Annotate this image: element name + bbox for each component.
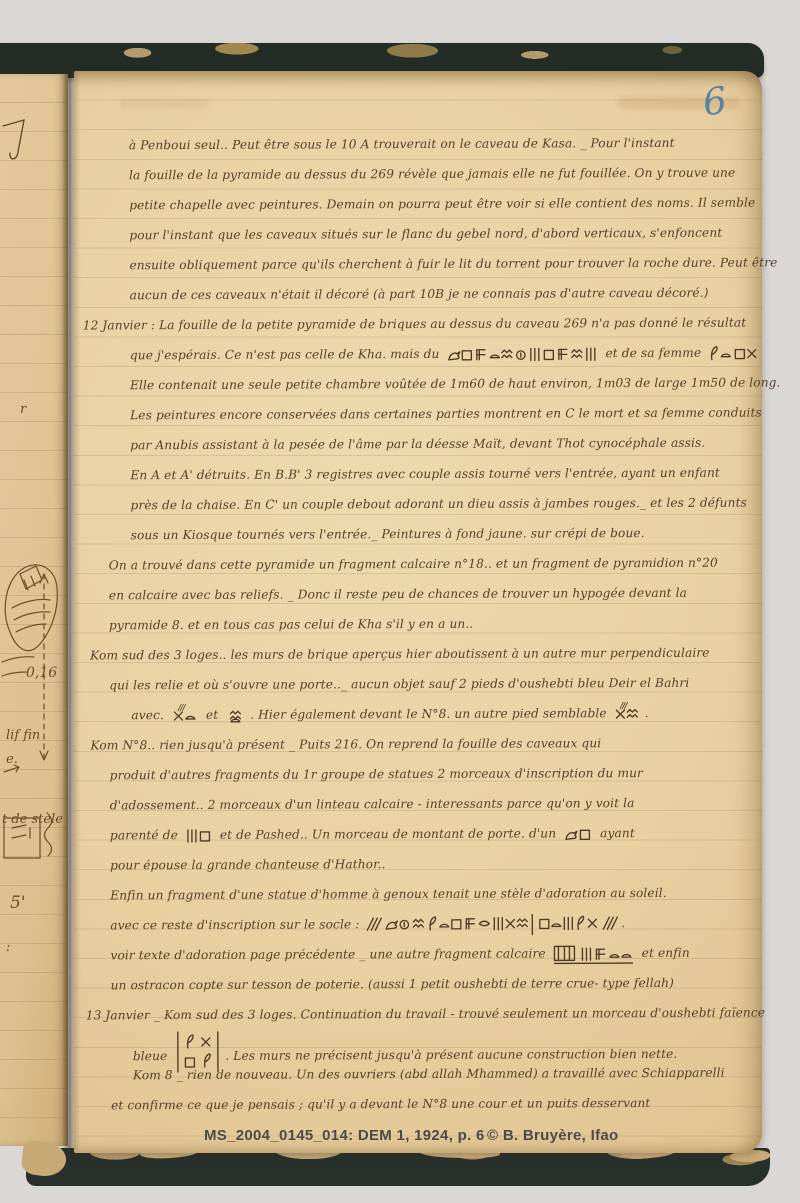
manuscript-line-date-12-janvier: 12 Janvier : La fouille de la petite pyr… (83, 308, 759, 341)
manuscript-line: la fouille de la pyramide au dessus du 2… (82, 158, 758, 191)
hieroglyphs-icon (185, 825, 213, 845)
hieroglyphs-icon (614, 704, 642, 724)
margin-fragment: lif fin (6, 728, 40, 743)
manuscript-line: petite chapelle avec peintures. Demain o… (82, 188, 758, 221)
manuscript-line: par Anubis assistant à la pesée de l'âme… (83, 428, 759, 461)
manuscript-line: Kom 8 _ rien de nouveau. Un des ouvriers… (86, 1058, 762, 1091)
handwritten-page-number: 6 (700, 79, 729, 125)
manuscript-line: Elle contenait une seule petite chambre … (83, 368, 759, 401)
margin-fragment: r (20, 402, 26, 417)
manuscript-reference-label: MS_2004_0145_014: DEM 1, 1924, p. 6 (204, 1127, 485, 1144)
manuscript-line: d'adossement.. 2 morceaux d'un linteau c… (85, 788, 761, 821)
manuscript-line: voir texte d'adoration page précédente _… (85, 938, 761, 971)
scanned-notebook-page: 6 r 0,16 lif fin e. t de stèle 5' : à Pe… (0, 0, 800, 1203)
manuscript-line: Kom N°8.. rien jusqu'à présent _ Puits 2… (84, 728, 760, 761)
manuscript-line: aucun de ces caveaux n'était il décoré (… (82, 278, 758, 311)
manuscript-line: avec ce reste d'inscription sur le socle… (85, 908, 761, 941)
manuscript-line: Kom sud des 3 loges.. les murs de brique… (84, 638, 760, 671)
margin-fragment: t de stèle (2, 812, 63, 827)
margin-measure-label: 0,16 (26, 665, 57, 681)
manuscript-line: On a trouvé dans cette pyramide un fragm… (84, 548, 760, 581)
margin-fragment: e. (6, 752, 18, 767)
manuscript-line: pour l'instant que les caveaux situés su… (82, 218, 758, 251)
manuscript-line: et confirme ce que je pensais ; qu'il y … (86, 1088, 762, 1121)
hieroglyphs-icon (553, 942, 635, 966)
hieroglyphs-inscription-icon (366, 913, 618, 936)
manuscript-line: produit d'autres fragments du 1r groupe … (85, 758, 761, 791)
manuscript-line: ensuite obliquement parce qu'ils cherche… (82, 248, 758, 281)
manuscript-line: pyramide 8. et en tous cas pas celui de … (84, 608, 760, 641)
manuscript-line: parenté de et de Pashed.. Un morceau de … (85, 818, 761, 851)
manuscript-text-block: à Penboui seul.. Peut être sous le 10 A … (82, 128, 762, 1121)
copyright-label: © B. Bruyère, Ifao (487, 1127, 619, 1144)
hieroglyphs-icon (225, 705, 247, 725)
manuscript-line: à Penboui seul.. Peut être sous le 10 A … (82, 128, 758, 161)
manuscript-line: En A et A' détruits. En B.B' 3 registres… (83, 458, 759, 491)
manuscript-line: en calcaire avec bas reliefs. _ Donc il … (84, 578, 760, 611)
hieroglyphs-icon (708, 343, 758, 363)
manuscript-line: que j'espérais. Ce n'est pas celle de Kh… (83, 338, 759, 371)
hieroglyphs-icon (563, 824, 593, 844)
manuscript-line: pour épouse la grande chanteuse d'Hathor… (85, 848, 761, 881)
hieroglyphs-icon (171, 705, 199, 725)
hieroglyphs-icon (446, 344, 598, 365)
margin-pen-mark (0, 116, 30, 172)
manuscript-line: sous un Kiosque tournés vers l'entrée._ … (84, 518, 760, 551)
manuscript-line: qui les relie et où s'ouvre une porte.._… (84, 668, 760, 701)
manuscript-line: Les peintures encore conservées dans cer… (83, 398, 759, 431)
margin-fragment: 5' (10, 893, 26, 913)
manuscript-line: avec. et . Hier également devant le N°8.… (84, 698, 760, 731)
manuscript-line: près de la chaise. En C' un couple debou… (83, 488, 759, 521)
margin-fragment: : (6, 940, 10, 955)
manuscript-line: Enfin un fragment d'une statue d'homme à… (85, 878, 761, 911)
manuscript-line: bleue . Les murs ne précisent jusqu'à pr… (86, 1028, 762, 1061)
manuscript-line: un ostracon copte sur tesson de poterie.… (86, 968, 762, 1001)
ink-bleedthrough-smudge (120, 99, 210, 109)
manuscript-line-date-13-janvier: 13 Janvier _ Kom sud des 3 loges. Contin… (86, 998, 762, 1031)
